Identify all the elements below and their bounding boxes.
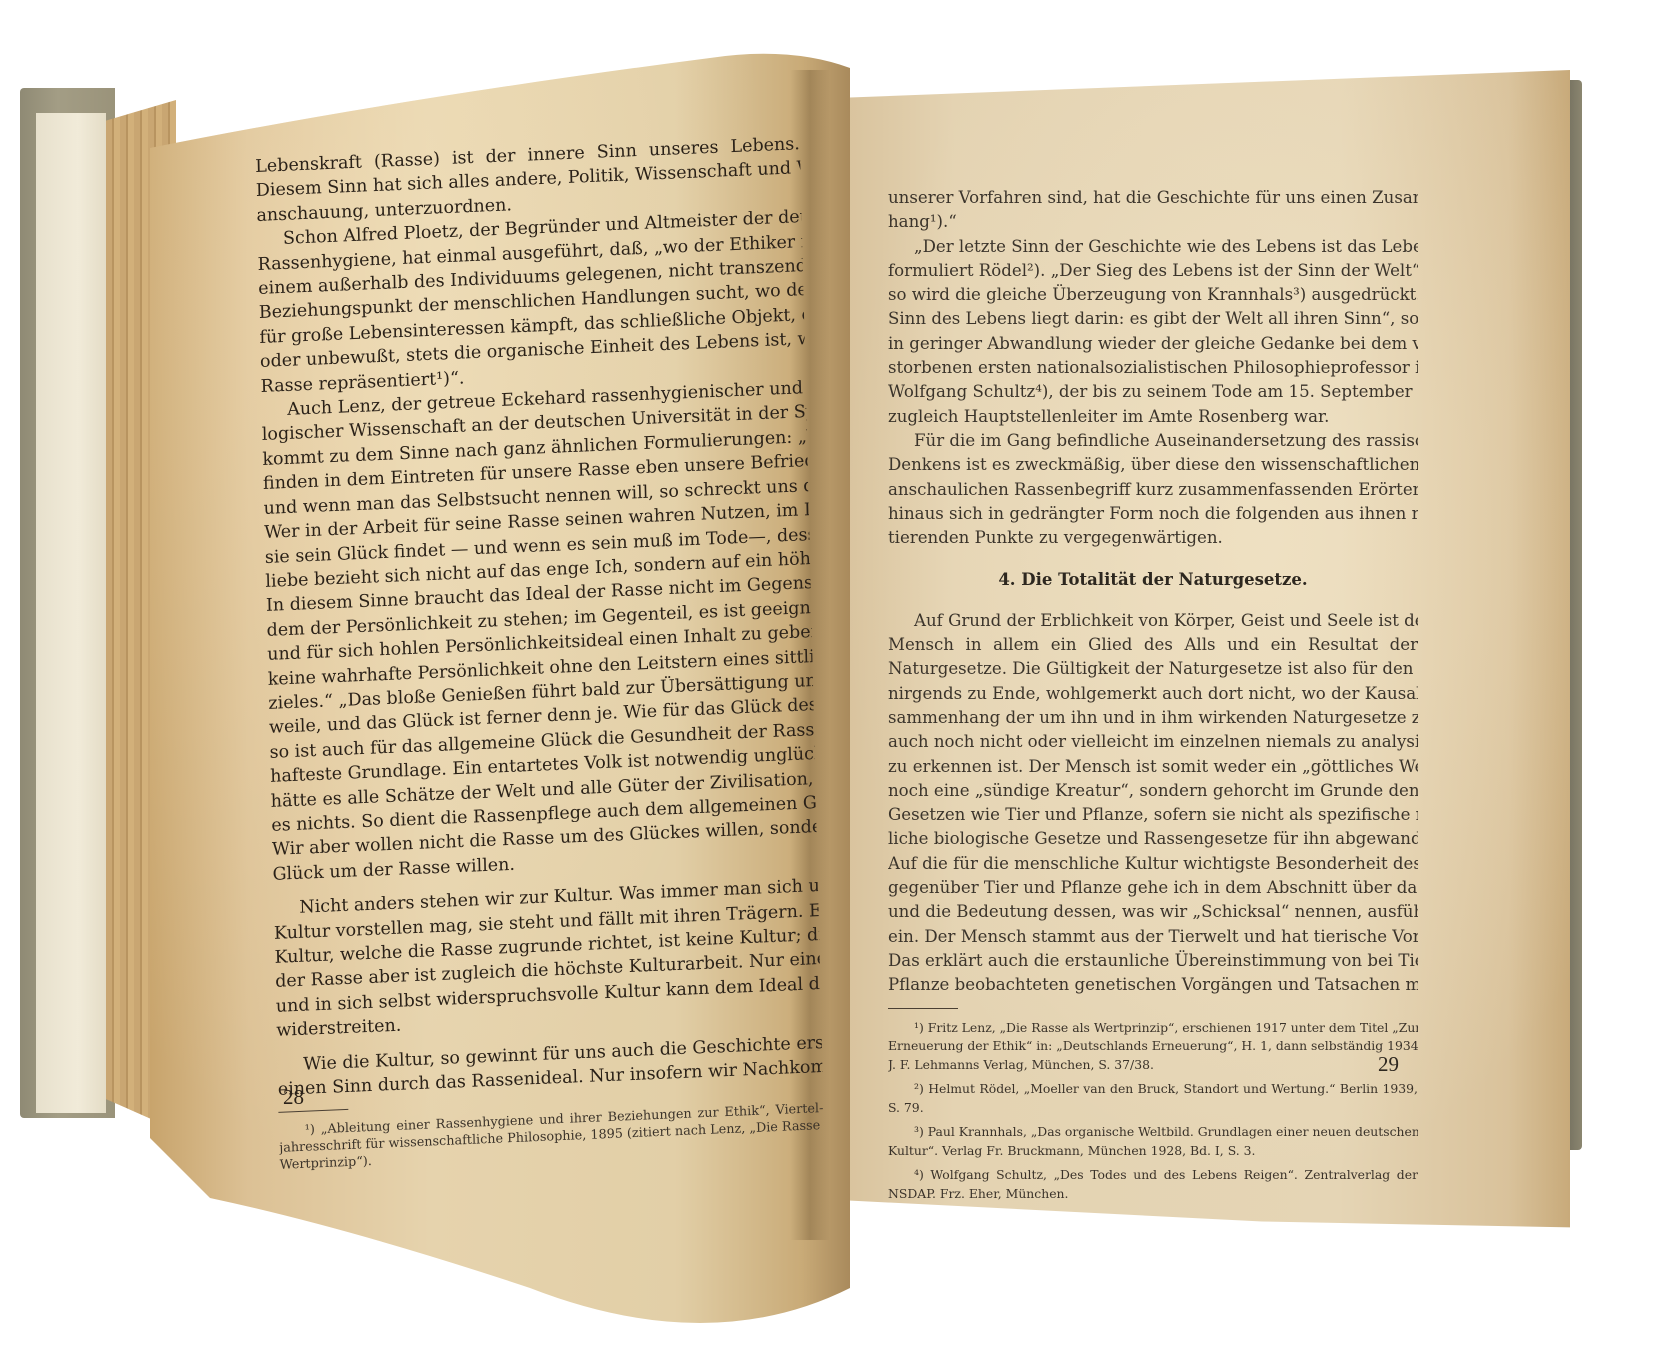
page-number-left: 28 [283, 1085, 304, 1110]
text-line: ein. Der Mensch stammt aus der Tierwelt … [888, 925, 1418, 949]
endpaper [36, 113, 106, 1113]
text-line: Für die im Gang befindliche Auseinanders… [888, 429, 1418, 453]
text-line: Auf Grund der Erblichkeit von Körper, Ge… [888, 609, 1418, 633]
footnote-rule [888, 1008, 958, 1009]
text-line: Das erklärt auch die erstaunliche Überei… [888, 949, 1418, 973]
text-line: zu erkennen ist. Der Mensch ist somit we… [888, 755, 1418, 779]
text-line: gegenüber Tier und Pflanze gehe ich in d… [888, 876, 1418, 900]
text-line: storbenen ersten nationalsozialistischen… [888, 356, 1418, 380]
right-page-body-section: Auf Grund der Erblichkeit von Körper, Ge… [888, 609, 1418, 998]
text-line: Wolfgang Schultz⁴), der bis zu seinem To… [888, 380, 1418, 404]
footnote-line: NSDAP. Frz. Eher, München. [888, 1185, 1418, 1204]
text-line: in geringer Abwandlung wieder der gleich… [888, 332, 1418, 356]
footnote-line: ²) Helmut Rödel, „Moeller van den Bruck,… [888, 1080, 1418, 1099]
footnote-line: ³) Paul Krannhals, „Das organische Weltb… [888, 1123, 1418, 1142]
footnote-line: S. 79. [888, 1099, 1418, 1118]
text-line: liche biologische Gesetze und Rassengese… [888, 827, 1418, 851]
text-line: unserer Vorfahren sind, hat die Geschich… [888, 186, 1418, 210]
footnote-line: Kultur“. Verlag Fr. Bruckmann, München 1… [888, 1142, 1418, 1161]
text-line: tierenden Punkte zu vergegenwärtigen. [888, 526, 1418, 550]
text-line: so wird die gleiche Überzeugung von Kran… [888, 283, 1418, 307]
section-heading: 4. Die Totalität der Naturgesetze. [888, 568, 1418, 592]
text-line: und die Bedeutung dessen, was wir „Schic… [888, 900, 1418, 924]
right-page-body-intro: unserer Vorfahren sind, hat die Geschich… [888, 186, 1418, 550]
left-page-body: Lebenskraft (Rasse) ist der innere Sinn … [255, 132, 823, 1102]
footnote: ³) Paul Krannhals, „Das organische Weltb… [888, 1123, 1418, 1160]
text-line: formuliert Rödel²). „Der Sieg des Lebens… [888, 259, 1418, 283]
text-line: Sinn des Lebens liegt darin: es gibt der… [888, 307, 1418, 331]
text-line: Naturgesetze. Die Gültigkeit der Naturge… [888, 657, 1418, 681]
footnote-line: ⁴) Wolfgang Schultz, „Des Todes und des … [888, 1166, 1418, 1185]
text-line: Auf die für die menschliche Kultur wicht… [888, 852, 1418, 876]
text-line: zugleich Hauptstellenleiter im Amte Rose… [888, 405, 1418, 429]
text-line: hang¹).“ [888, 210, 1418, 234]
text-line: Mensch in allem ein Glied des Alls und e… [888, 633, 1418, 657]
text-line: Denkens ist es zweckmäßig, über diese de… [888, 453, 1418, 477]
footnote-line: J. F. Lehmanns Verlag, München, S. 37/38… [888, 1056, 1418, 1075]
right-page-text: unserer Vorfahren sind, hat die Geschich… [888, 186, 1418, 1209]
page-number-right: 29 [1378, 1052, 1399, 1077]
text-line: „Der letzte Sinn der Geschichte wie des … [888, 235, 1418, 259]
text-line: Pflanze beobachteten genetischen Vorgäng… [888, 973, 1418, 997]
text-line: noch eine „sündige Kreatur“, sondern geh… [888, 779, 1418, 803]
left-page-text: Lebenskraft (Rasse) ist der innere Sinn … [255, 132, 825, 1180]
footnote: ⁴) Wolfgang Schultz, „Des Todes und des … [888, 1166, 1418, 1203]
footnote-line: ¹) Fritz Lenz, „Die Rasse als Wertprinzi… [888, 1019, 1418, 1038]
text-line: nirgends zu Ende, wohlgemerkt auch dort … [888, 682, 1418, 706]
footnote-line: Erneuerung der Ethik“ in: „Deutschlands … [888, 1037, 1418, 1056]
text-line: Gesetzen wie Tier und Pflanze, sofern si… [888, 803, 1418, 827]
right-page-footnotes: ¹) Fritz Lenz, „Die Rasse als Wertprinzi… [888, 1019, 1418, 1204]
text-line: auch noch nicht oder vielleicht im einze… [888, 730, 1418, 754]
text-line: sammenhang der um ihn und in ihm wirkend… [888, 706, 1418, 730]
footnote: ¹) Fritz Lenz, „Die Rasse als Wertprinzi… [888, 1019, 1418, 1075]
text-line: hinaus sich in gedrängter Form noch die … [888, 502, 1418, 526]
footnote: ²) Helmut Rödel, „Moeller van den Bruck,… [888, 1080, 1418, 1117]
text-line: anschaulichen Rassenbegriff kurz zusamme… [888, 478, 1418, 502]
